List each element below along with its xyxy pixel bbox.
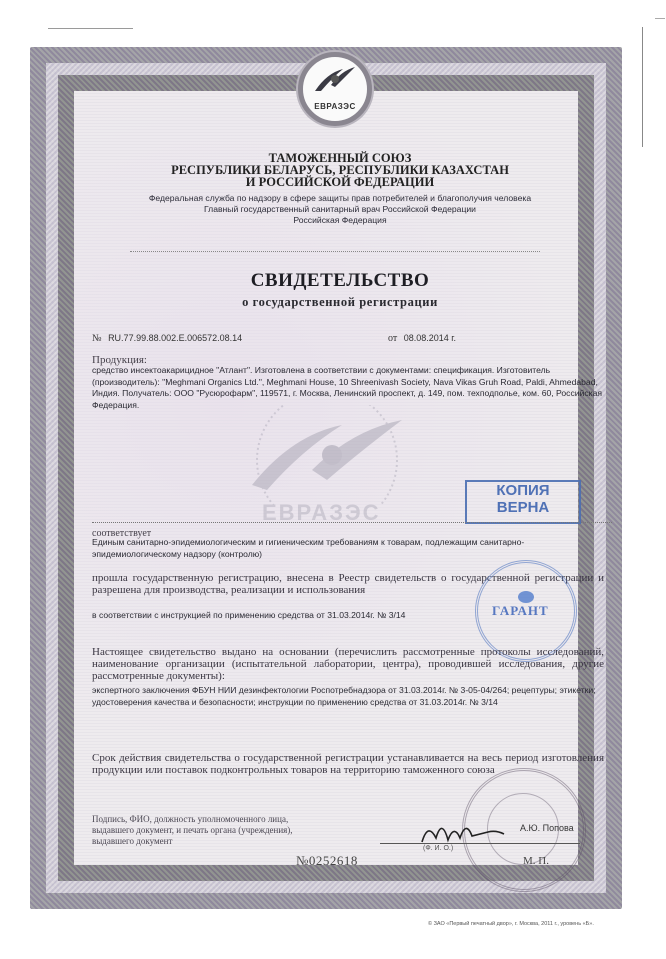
registration-date: от 08.08.2014 г.	[388, 333, 456, 344]
scan-edge-line	[48, 28, 133, 29]
scan-edge-line-right	[642, 27, 643, 147]
signature-line	[380, 843, 580, 844]
header-official: Главный государственный санитарный врач …	[90, 204, 590, 214]
number-sign: №	[92, 333, 102, 344]
document-subtitle: о государственной регистрации	[90, 295, 590, 310]
signature-label: Подпись, ФИО, должность уполномоченного …	[92, 814, 332, 847]
eurasec-emblem: ЕВРАЗЭС	[298, 52, 372, 126]
form-serial-number: №0252618	[296, 853, 358, 869]
eurasec-watermark: ЕВРАЗЭС	[232, 405, 422, 525]
document-title: СВИДЕТЕЛЬСТВО	[90, 270, 590, 292]
printer-footer: © ЗАО «Первый печатный двор», г. Москва,…	[428, 921, 594, 927]
eurasec-logo-icon	[313, 65, 357, 95]
stamp-copy-line1: КОПИЯ	[467, 482, 579, 499]
registration-number: № RU.77.99.88.002.Е.006572.08.14	[92, 333, 242, 344]
registration-number-value: RU.77.99.88.002.Е.006572.08.14	[108, 333, 242, 343]
stamp-center-mark	[518, 591, 534, 603]
issuing-body-caption-line	[130, 251, 540, 252]
scan-edge-mark	[655, 18, 665, 19]
conformity-text: Единым санитарно-эпидемиологическим и ги…	[92, 537, 602, 560]
certified-copy-stamp: КОПИЯ ВЕРНА	[465, 480, 581, 524]
basis-documents: экспертного заключения ФБУН НИИ дезинфек…	[92, 685, 602, 708]
watermark-emblem-icon	[232, 405, 422, 505]
fio-caption: (Ф. И. О.)	[423, 845, 453, 852]
product-caption-line	[92, 522, 612, 523]
seal-place-label: М. П.	[523, 855, 549, 867]
signatory-name: А.Ю. Попова	[520, 823, 574, 833]
registration-date-value: 08.08.2014 г.	[404, 333, 456, 343]
header-russian-federation: И РОССИЙСКОЙ ФЕДЕРАЦИИ	[90, 175, 590, 190]
header-country: Российская Федерация	[90, 215, 590, 225]
emblem-label: ЕВРАЗЭС	[314, 102, 356, 111]
header-agency: Федеральная служба по надзору в сфере за…	[90, 193, 590, 203]
date-prefix: от	[388, 333, 397, 344]
garant-stamp-label: ГАРАНТ	[492, 603, 549, 619]
basis-label: Настоящее свидетельство выдано на основа…	[92, 647, 604, 682]
stamp-copy-line2: ВЕРНА	[467, 499, 579, 516]
